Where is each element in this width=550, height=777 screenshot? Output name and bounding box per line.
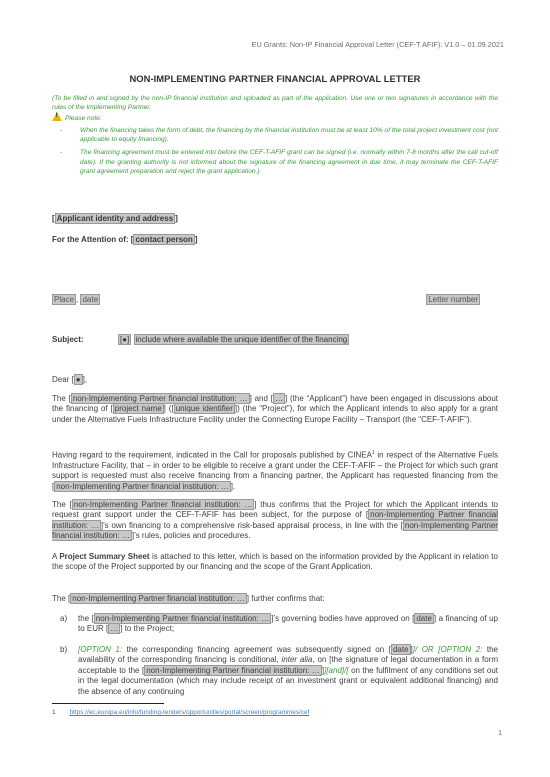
- attention-line: For the Attention of: [contact person]: [52, 235, 197, 244]
- footnote-divider: [52, 703, 164, 704]
- note-item: -When the financing takes the form of de…: [60, 126, 498, 144]
- institution-placeholder[interactable]: non-Implementing Partner financial insti…: [144, 665, 322, 676]
- document-page: EU Grants: Non-IP Financial Approval Let…: [0, 0, 550, 777]
- please-note-label: Please note:: [65, 115, 102, 122]
- footnote-ref[interactable]: 1: [372, 450, 375, 456]
- footnote: 1https://ec.europa.eu/info/funding-tende…: [52, 709, 309, 716]
- paragraph-requirement: Having regard to the requirement, indica…: [52, 448, 498, 492]
- page-number: 1: [498, 730, 502, 737]
- subject-label: Subject:: [52, 335, 118, 344]
- salutation-placeholder[interactable]: ●: [74, 374, 83, 385]
- note-list: -When the financing takes the form of de…: [60, 126, 498, 180]
- paragraph-further-confirms: The [non-Implementing Partner financial …: [52, 594, 498, 604]
- list-item-b: b) [OPTION 1: the corresponding financin…: [52, 645, 498, 697]
- subject-placeholder[interactable]: include where available the unique ident…: [134, 334, 350, 345]
- document-title: NON-IMPLEMENTING PARTNER FINANCIAL APPRO…: [0, 73, 550, 84]
- subject-bullet[interactable]: [●]: [118, 334, 131, 345]
- footnote-number: 1: [52, 709, 56, 716]
- institution-placeholder[interactable]: non-Implementing Partner financial insti…: [72, 499, 255, 510]
- paragraph-engagement: The [non-Implementing Partner financial …: [52, 394, 498, 425]
- paragraph-appraisal: The [non-Implementing Partner financial …: [52, 500, 498, 542]
- salutation: Dear [●],: [52, 375, 498, 385]
- project-name-placeholder[interactable]: project name: [113, 403, 164, 414]
- applicant-address-placeholder[interactable]: Applicant identity and address: [55, 213, 175, 224]
- instructions-text: (To be filled in and signed by the non-I…: [52, 94, 498, 112]
- signing-date-placeholder[interactable]: date: [391, 644, 411, 655]
- applicant-address-line: [Applicant identity and address]: [52, 214, 178, 223]
- applicant-placeholder[interactable]: …: [273, 393, 285, 404]
- place-date-line: Place, date: [52, 295, 100, 304]
- amount-placeholder[interactable]: …: [108, 623, 120, 634]
- warning-icon: [52, 112, 62, 121]
- list-item-a: a) the [non-Implementing Partner financi…: [52, 614, 498, 635]
- place-placeholder[interactable]: Place: [52, 294, 76, 305]
- letter-number-line: Letter number: [426, 295, 480, 304]
- note-item: -The financing agreement must be entered…: [60, 148, 498, 176]
- attention-label: For the Attention of:: [52, 235, 129, 244]
- date-placeholder[interactable]: date: [80, 294, 100, 305]
- please-note: Please note:: [52, 112, 102, 122]
- document-header-reference: EU Grants: Non-IP Financial Approval Let…: [252, 40, 504, 49]
- subject-line: Subject:[●] include where available the …: [52, 335, 349, 344]
- institution-placeholder[interactable]: non-Implementing Partner financial insti…: [94, 613, 271, 624]
- approval-date-placeholder[interactable]: date: [414, 613, 434, 624]
- institution-placeholder[interactable]: non-Implementing Partner financial insti…: [54, 481, 231, 492]
- footnote-link[interactable]: https://ec.europa.eu/info/funding-tender…: [70, 709, 310, 716]
- paragraph-summary-sheet: A Project Summary Sheet is attached to t…: [52, 552, 498, 573]
- project-summary-sheet-label: Project Summary Sheet: [59, 552, 149, 561]
- contact-person-placeholder[interactable]: contact person: [133, 234, 194, 245]
- institution-placeholder[interactable]: non-Implementing Partner financial insti…: [70, 593, 247, 604]
- unique-identifier-placeholder[interactable]: unique identifier: [174, 403, 235, 414]
- letter-number-placeholder[interactable]: Letter number: [426, 294, 480, 305]
- institution-placeholder[interactable]: non-Implementing Partner financial insti…: [71, 393, 250, 404]
